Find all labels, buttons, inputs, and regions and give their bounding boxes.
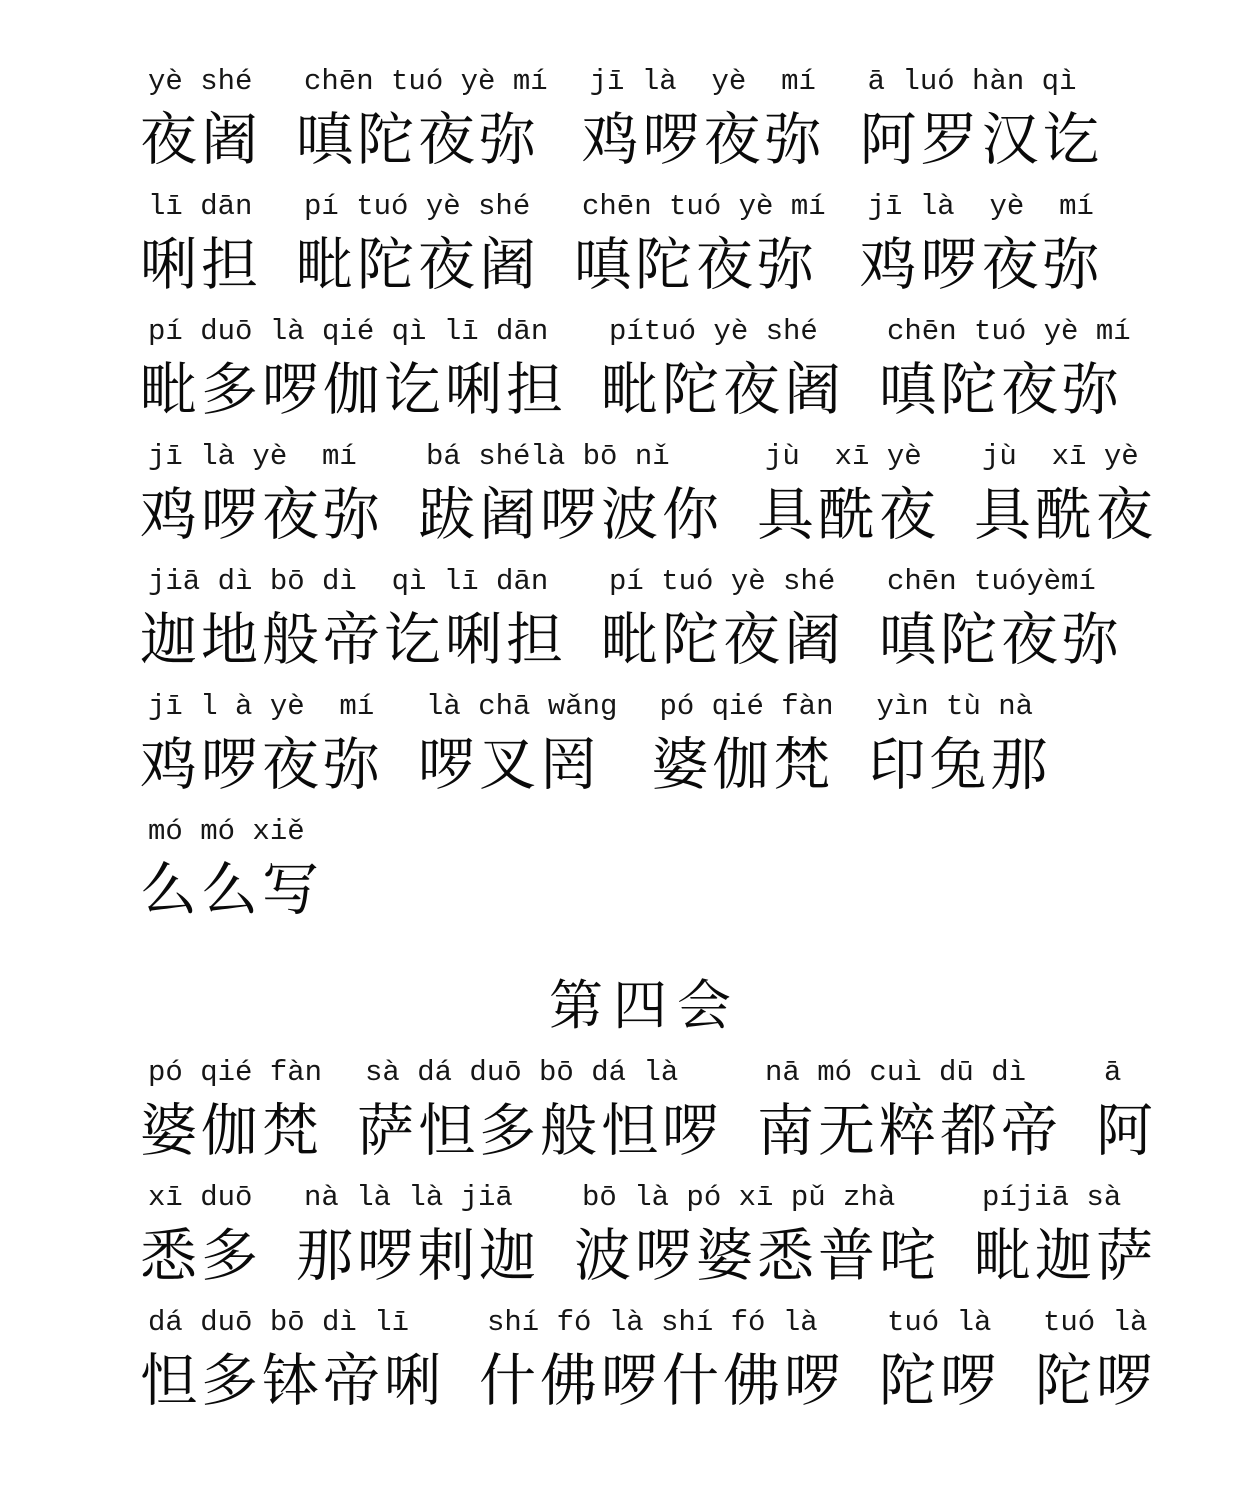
pinyin-line: bá shélà bō nǐ <box>418 439 723 475</box>
mantra-segment: lī dān唎担 <box>140 189 262 307</box>
hanzi-line: 陀啰 <box>879 1341 1001 1423</box>
text-row: mó mó xiě么么写 <box>140 814 1150 939</box>
pinyin-line: jiā dì bō dì qì lī dān <box>140 564 567 600</box>
text-row: yè shé夜阇chēn tuó yè mí嗔陀夜弥jī là yè mí鸡啰夜… <box>140 64 1150 189</box>
hanzi-line: 么么写 <box>140 850 323 932</box>
pinyin-line: yè shé <box>140 64 262 100</box>
hanzi-line: 波啰婆悉普咤 <box>574 1216 940 1298</box>
pinyin-line: chēn tuóyèmí <box>879 564 1123 600</box>
mantra-segment: là chā wǎng啰叉罔 <box>418 689 617 807</box>
hanzi-line: 鸡啰夜弥 <box>140 475 384 557</box>
pinyin-line: dá duō bō dì lī <box>140 1305 445 1341</box>
section-heading: 第四会 <box>140 971 1150 1041</box>
pinyin-line: pí tuó yè shé <box>296 189 540 225</box>
text-row: pó qié fàn婆伽梵sà dá duō bō dá là萨怛多般怛啰nā … <box>140 1055 1150 1180</box>
pinyin-line: ā luó hàn qì <box>860 64 1104 100</box>
mantra-segment: jī là yè mí鸡啰夜弥 <box>140 439 384 557</box>
hanzi-line: 什佛啰什佛啰 <box>479 1341 845 1423</box>
hanzi-line: 具酰夜 <box>757 475 940 557</box>
text-row: xī duō悉多nà là là jiā那啰剌迦bō là pó xī pǔ z… <box>140 1180 1150 1305</box>
hanzi-line: 鸡啰夜弥 <box>582 100 826 182</box>
hanzi-line: 具酰夜 <box>974 475 1157 557</box>
hanzi-line: 南无粹都帝 <box>757 1091 1062 1173</box>
mantra-segment: pí tuó yè shé毗陀夜阇 <box>296 189 540 307</box>
hanzi-line: 婆伽梵 <box>651 725 834 807</box>
mantra-segment: píjiā sà毗迦萨 <box>974 1180 1157 1298</box>
mantra-segment: ā阿 <box>1096 1055 1157 1173</box>
pinyin-line: chēn tuó yè mí <box>296 64 548 100</box>
mantra-segment: shí fó là shí fó là什佛啰什佛啰 <box>479 1305 845 1423</box>
mantra-segment: jiā dì bō dì qì lī dān迦地般帝讫唎担 <box>140 564 567 682</box>
pinyin-line: pí tuó yè shé <box>601 564 845 600</box>
mantra-segment: bō là pó xī pǔ zhà波啰婆悉普咤 <box>574 1180 940 1298</box>
mantra-segment: tuó là陀啰 <box>1035 1305 1157 1423</box>
mantra-segment: pítuó yè shé毗陀夜阇 <box>601 314 845 432</box>
mantra-segment: jī là yè mí鸡啰夜弥 <box>860 189 1104 307</box>
pinyin-line: sà dá duō bō dá là <box>357 1055 723 1091</box>
text-row: jī l à yè mí鸡啰夜弥là chā wǎng啰叉罔pó qié fàn… <box>140 689 1150 814</box>
hanzi-line: 毗陀夜阇 <box>296 225 540 307</box>
hanzi-line: 鸡啰夜弥 <box>140 725 384 807</box>
mantra-segment: mó mó xiě么么写 <box>140 814 323 932</box>
mantra-segment: jī là yè mí鸡啰夜弥 <box>582 64 826 182</box>
mantra-segment: pí duō là qié qì lī dān毗多啰伽讫唎担 <box>140 314 567 432</box>
hanzi-line: 那啰剌迦 <box>296 1216 540 1298</box>
pinyin-line: chēn tuó yè mí <box>879 314 1131 350</box>
hanzi-line: 跋阇啰波你 <box>418 475 723 557</box>
hanzi-line: 嗔陀夜弥 <box>879 600 1123 682</box>
text-row: jī là yè mí鸡啰夜弥bá shélà bō nǐ跋阇啰波你jù xī … <box>140 439 1150 564</box>
mantra-segment: chēn tuó yè mí嗔陀夜弥 <box>296 64 548 182</box>
mantra-segment: chēn tuó yè mí嗔陀夜弥 <box>574 189 826 307</box>
hanzi-line: 陀啰 <box>1035 1341 1157 1423</box>
text-row: pí duō là qié qì lī dān毗多啰伽讫唎担pítuó yè s… <box>140 314 1150 439</box>
pinyin-line: yìn tù nà <box>868 689 1051 725</box>
pinyin-line: shí fó là shí fó là <box>479 1305 845 1341</box>
hanzi-line: 嗔陀夜弥 <box>574 225 826 307</box>
mantra-segment: pó qié fàn婆伽梵 <box>140 1055 323 1173</box>
hanzi-line: 夜阇 <box>140 100 262 182</box>
document-page: yè shé夜阇chēn tuó yè mí嗔陀夜弥jī là yè mí鸡啰夜… <box>0 0 1240 1512</box>
pinyin-line: lī dān <box>140 189 262 225</box>
pinyin-line: jī là yè mí <box>582 64 826 100</box>
hanzi-line: 阿罗汉讫 <box>860 100 1104 182</box>
pinyin-line: jī là yè mí <box>860 189 1104 225</box>
pinyin-line: ā <box>1096 1055 1157 1091</box>
pinyin-line: pí duō là qié qì lī dān <box>140 314 567 350</box>
hanzi-line: 鸡啰夜弥 <box>860 225 1104 307</box>
hanzi-line: 毗迦萨 <box>974 1216 1157 1298</box>
mantra-segment: tuó là陀啰 <box>879 1305 1001 1423</box>
mantra-segment: chēn tuóyèmí嗔陀夜弥 <box>879 564 1123 682</box>
mantra-segment: chēn tuó yè mí嗔陀夜弥 <box>879 314 1131 432</box>
mantra-segment: jù xī yè具酰夜 <box>757 439 940 557</box>
hanzi-line: 啰叉罔 <box>418 725 617 807</box>
hanzi-line: 怛多钵帝唎 <box>140 1341 445 1423</box>
pinyin-line: jī l à yè mí <box>140 689 384 725</box>
mantra-segment: bá shélà bō nǐ跋阇啰波你 <box>418 439 723 557</box>
pinyin-line: jù xī yè <box>757 439 940 475</box>
hanzi-line: 毗多啰伽讫唎担 <box>140 350 567 432</box>
pinyin-line: píjiā sà <box>974 1180 1157 1216</box>
hanzi-line: 迦地般帝讫唎担 <box>140 600 567 682</box>
mantra-segment: sà dá duō bō dá là萨怛多般怛啰 <box>357 1055 723 1173</box>
pinyin-line: bō là pó xī pǔ zhà <box>574 1180 940 1216</box>
mantra-segment: dá duō bō dì lī怛多钵帝唎 <box>140 1305 445 1423</box>
text-row: lī dān唎担pí tuó yè shé毗陀夜阇chēn tuó yè mí嗔… <box>140 189 1150 314</box>
hanzi-line: 毗陀夜阇 <box>601 600 845 682</box>
mantra-segment: nà là là jiā那啰剌迦 <box>296 1180 540 1298</box>
hanzi-line: 阿 <box>1096 1091 1157 1173</box>
pinyin-line: chēn tuó yè mí <box>574 189 826 225</box>
pinyin-line: xī duō <box>140 1180 262 1216</box>
pinyin-line: nà là là jiā <box>296 1180 540 1216</box>
hanzi-line: 印兔那 <box>868 725 1051 807</box>
pinyin-line: pítuó yè shé <box>601 314 845 350</box>
pinyin-line: jī là yè mí <box>140 439 384 475</box>
mantra-segment: pó qié fàn婆伽梵 <box>651 689 834 807</box>
mantra-segment: yè shé夜阇 <box>140 64 262 182</box>
hanzi-line: 唎担 <box>140 225 262 307</box>
pinyin-line: mó mó xiě <box>140 814 323 850</box>
mantra-segment: yìn tù nà印兔那 <box>868 689 1051 807</box>
pinyin-line: pó qié fàn <box>140 1055 323 1091</box>
mantra-segment: xī duō悉多 <box>140 1180 262 1298</box>
mantra-text: yè shé夜阇chēn tuó yè mí嗔陀夜弥jī là yè mí鸡啰夜… <box>140 64 1150 1430</box>
text-row: dá duō bō dì lī怛多钵帝唎shí fó là shí fó là什… <box>140 1305 1150 1430</box>
mantra-segment: pí tuó yè shé毗陀夜阇 <box>601 564 845 682</box>
hanzi-line: 萨怛多般怛啰 <box>357 1091 723 1173</box>
hanzi-line: 悉多 <box>140 1216 262 1298</box>
pinyin-line: tuó là <box>879 1305 1001 1341</box>
text-row: jiā dì bō dì qì lī dān迦地般帝讫唎担pí tuó yè s… <box>140 564 1150 689</box>
hanzi-line: 毗陀夜阇 <box>601 350 845 432</box>
pinyin-line: pó qié fàn <box>651 689 834 725</box>
pinyin-line: jù xī yè <box>974 439 1157 475</box>
mantra-segment: nā mó cuì dū dì南无粹都帝 <box>757 1055 1062 1173</box>
mantra-segment: ā luó hàn qì阿罗汉讫 <box>860 64 1104 182</box>
hanzi-line: 嗔陀夜弥 <box>879 350 1131 432</box>
hanzi-line: 嗔陀夜弥 <box>296 100 548 182</box>
pinyin-line: tuó là <box>1035 1305 1157 1341</box>
mantra-segment: jī l à yè mí鸡啰夜弥 <box>140 689 384 807</box>
mantra-segment: jù xī yè具酰夜 <box>974 439 1157 557</box>
hanzi-line: 婆伽梵 <box>140 1091 323 1173</box>
pinyin-line: nā mó cuì dū dì <box>757 1055 1062 1091</box>
pinyin-line: là chā wǎng <box>418 689 617 725</box>
